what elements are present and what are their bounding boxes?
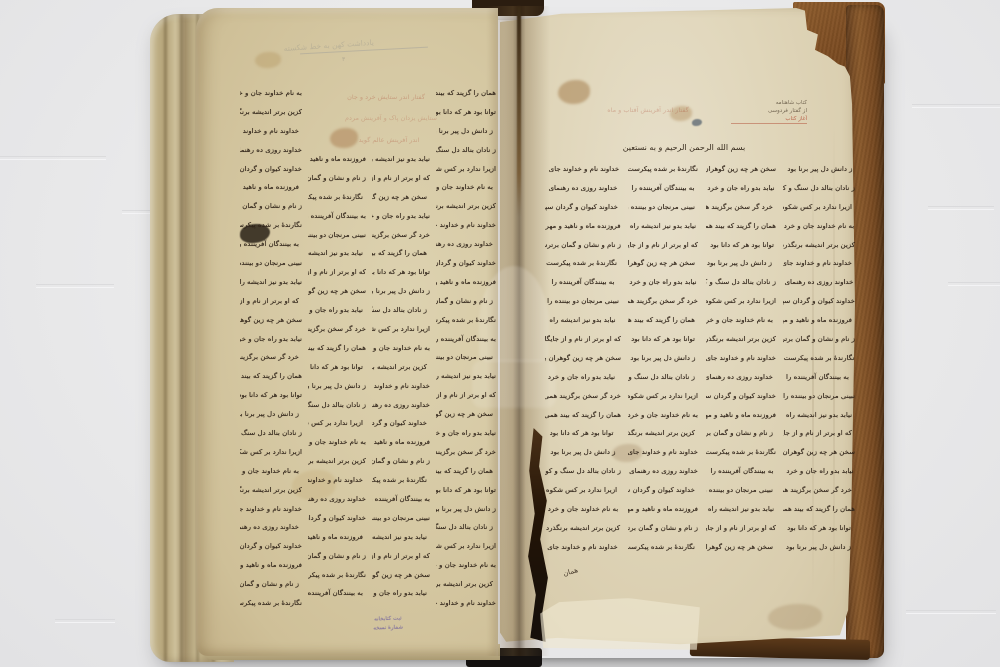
verse-line: توانا بود هر که دانا بود: [436, 481, 496, 499]
verse-line: که او برتر از نام و از جایگاه: [706, 519, 776, 537]
verse-line: نیابد بدو نیز اندیشه راه: [436, 368, 496, 386]
verse-line: ز نادان بنالد دل سنگ و کوه: [706, 274, 776, 292]
verse-line: نگارندهٔ بر شده پیکرست: [783, 349, 855, 367]
verse-line: توانا بود هر که دانا بود: [628, 331, 698, 349]
verse-line: سخن هر چه زین گوهران بگذرد: [372, 188, 430, 206]
verse-line: ز نادان بنالد دل سنگ و کوه: [783, 179, 855, 197]
verse-line: فروزنده ماه و ناهید و مهر: [308, 151, 366, 169]
verse-line: فروزنده ماه و ناهید و مهر: [240, 557, 302, 575]
foxing-stain: [768, 604, 822, 630]
verse-line: خداوند روزی ده رهنمای: [783, 274, 855, 292]
verse-line: نگارندهٔ بر شده پیکرست: [706, 444, 776, 462]
verse-line: همان را گزیند که بیند همی: [436, 85, 496, 103]
verse-line: نگارندهٔ بر شده پیکرست: [240, 595, 302, 613]
library-stamp: ثبت کتابخانه شمارهٔ نسخه: [360, 614, 417, 633]
verse-line: به بینندگان آفریننده را: [783, 368, 855, 386]
verse-line: ز نادان بنالد دل سنگ و کوه: [436, 519, 496, 537]
verse-line: نیابد بدو راه جان و خرد: [783, 463, 855, 481]
verse-line: سخن هر چه زین گوهران بگذرد: [436, 406, 496, 424]
verse-line: به بینندگان آفریننده را: [436, 330, 496, 348]
verse-line: ز دانش دل پیر برنا بود: [783, 161, 855, 179]
verse-line: خرد گر سخن برگزیند همی: [308, 321, 366, 339]
verse-line: به بینندگان آفریننده را: [240, 236, 302, 254]
verse-line: نیابد بدو نیز اندیشه راه: [372, 151, 430, 169]
verse-line: نیابد بدو راه جان و خرد: [628, 274, 698, 292]
verse-line: خداوند نام و خداوند جای: [545, 538, 621, 556]
verse-line: نیابد بدو راه جان و خرد: [545, 368, 621, 386]
verse-line: ز نام و نشان و گمان برترست: [308, 169, 366, 187]
verse-line: همان را گزیند که بیند همی: [706, 217, 776, 235]
verse-line: به بینندگان آفریننده را: [628, 179, 698, 197]
verse-line: ز دانش دل پیر برنا بود: [436, 122, 496, 140]
verse-line: که او برتر از نام و از جایگاه: [240, 292, 302, 310]
verse-line: سخن هر چه زین گوهران بگذرد: [240, 311, 302, 329]
verse-line: به نام خداوند جان و خرد: [706, 312, 776, 330]
verse-line: ز نادان بنالد دل سنگ و کوه: [545, 463, 621, 481]
verse-line: خداوند کیوان و گردان سپهر: [372, 415, 430, 433]
verse-line: کزین برتر اندیشه برنگذرد: [545, 519, 621, 537]
verse-line: به نام خداوند جان و خرد: [436, 557, 496, 575]
verse-line: کزین برتر اندیشه برنگذرد: [706, 331, 776, 349]
verse-line: نبینی مرنجان دو بیننده را: [240, 255, 302, 273]
verse-line: همان را گزیند که بیند همی: [240, 368, 302, 386]
verse-line: توانا بود هر که دانا بود: [240, 387, 302, 405]
verse-line: کزین برتر اندیشه برنگذرد: [783, 236, 855, 254]
verse-line: ز نام و نشان و گمان برترست: [706, 425, 776, 443]
verse-line: خداوند کیوان و گردان سپهر: [240, 538, 302, 556]
verse-line: فروزنده ماه و ناهید و مهر: [706, 406, 776, 424]
verse-line: به بینندگان آفریننده را: [545, 274, 621, 292]
verse-line: سخن هر چه زین گوهران بگذرد: [545, 349, 621, 367]
verse-line: خداوند کیوان و گردان سپهر: [308, 509, 366, 527]
verse-line: کزین برتر اندیشه برنگذرد: [628, 425, 698, 443]
verse-line: خداوند نام و خداوند جای: [436, 595, 496, 613]
verse-line: به نام خداوند جان و خرد: [783, 217, 855, 235]
verse-line: نیابد بدو نیز اندیشه راه: [240, 273, 302, 291]
verse-line: خداوند نام و خداوند جای: [240, 500, 302, 518]
verse-line: که او برتر از نام و از جایگاه: [436, 387, 496, 405]
verse-line: خداوند کیوان و گردان سپهر: [545, 198, 621, 216]
verse-line: نگارندهٔ بر شده پیکرست: [436, 311, 496, 329]
verse-line: خداوند روزی ده رهنمای: [372, 396, 430, 414]
verse-line: خداوند کیوان و گردان سپهر: [783, 293, 855, 311]
verse-line: توانا بود هر که دانا بود: [436, 103, 496, 121]
verse-line: ز دانش دل پیر برنا بود: [240, 406, 302, 424]
verse-line: خرد گر سخن برگزیند همی: [628, 293, 698, 311]
verse-line: نگارندهٔ بر شده پیکرست: [628, 161, 698, 179]
text-column: به نام خداوند جان و خردکزین برتر اندیشه …: [240, 84, 302, 613]
verse-line: نیابد بدو نیز اندیشه راه: [706, 501, 776, 519]
verse-line: همان را گزیند که بیند همی: [372, 245, 430, 263]
verse-line: ز دانش دل پیر برنا بود: [436, 500, 496, 518]
verse-line: به بینندگان آفریننده را: [308, 585, 366, 603]
verse-line: خداوند نام و خداوند جای: [436, 217, 496, 235]
verse-line: خداوند کیوان و گردان سپهر: [628, 482, 698, 500]
verse-line: خداوند نام و خداوند جای: [372, 377, 430, 395]
verse-line: نیابد بدو راه جان و خرد: [436, 425, 496, 443]
verse-line: نگارندهٔ بر شده پیکرست: [240, 217, 302, 235]
verse-line: ز نام و نشان و گمان برترست: [628, 519, 698, 537]
verse-line: نگارندهٔ بر شده پیکرست: [545, 255, 621, 273]
pencil-numeral: ۳: [342, 56, 345, 63]
verse-line: نگارندهٔ بر شده پیکرست: [308, 188, 366, 206]
verse-line: ز دانش دل پیر برنا بود: [783, 538, 855, 556]
verse-line: نیابد بدو نیز اندیشه راه: [783, 406, 855, 424]
verse-line: ز نادان بنالد دل سنگ و کوه: [372, 302, 430, 320]
verse-line: که او برتر از نام و از جایگاه: [372, 547, 430, 565]
page-edge-streak: [180, 14, 183, 662]
verse-line: نگارندهٔ بر شده پیکرست: [628, 538, 698, 556]
verse-line: همان را گزیند که بیند همی: [308, 339, 366, 357]
verse-line: نیابد بدو راه جان و خرد: [372, 585, 430, 603]
verse-line: کزین برتر اندیشه برنگذرد: [240, 103, 302, 121]
verse-line: نیابد بدو نیز اندیشه راه: [628, 217, 698, 235]
page-edge-streak: [164, 14, 167, 662]
verse-line: ازیرا ندارد بر کس شکوه: [436, 538, 496, 556]
verse-line: خرد گر سخن برگزیند همی: [706, 198, 776, 216]
verse-line: همان را گزیند که بیند همی: [436, 462, 496, 480]
verse-line: خداوند روزی ده رهنمای: [628, 463, 698, 481]
verse-line: نبینی مرنجان دو بیننده را: [783, 387, 855, 405]
text-column: نگارندهٔ بر شده پیکرستبه بینندگان آفرینن…: [628, 160, 698, 557]
verse-line: ز دانش دل پیر برنا بود: [308, 377, 366, 395]
verse-line: نبینی مرنجان دو بیننده را: [436, 349, 496, 367]
verse-line: خداوند روزی ده رهنمای: [706, 368, 776, 386]
verse-line: ز دانش دل پیر برنا بود: [372, 283, 430, 301]
verse-line: فروزنده ماه و ناهید و مهر: [783, 312, 855, 330]
verse-line: کزین برتر اندیشه برنگذرد: [372, 358, 430, 376]
verse-line: فروزنده ماه و ناهید و مهر: [628, 501, 698, 519]
verse-line: به نام خداوند جان و خرد: [240, 85, 302, 103]
verse-line: توانا بود هر که دانا بود: [545, 425, 621, 443]
verse-line: خداوند کیوان و گردان سپهر: [240, 160, 302, 178]
verse-line: توانا بود هر که دانا بود: [783, 519, 855, 537]
verse-line: نیابد بدو راه جان و خرد: [372, 207, 430, 225]
verse-line: نگارندهٔ بر شده پیکرست: [372, 472, 430, 490]
verse-line: خداوند نام و خداوند جای: [240, 122, 302, 140]
text-column: نیابد بدو نیز اندیشه راهکه او برتر از نا…: [372, 150, 430, 603]
verse-line: نبینی مرنجان دو بیننده را: [706, 482, 776, 500]
verse-line: سخن هر چه زین گوهران بگذرد: [308, 283, 366, 301]
verse-line: ز نادان بنالد دل سنگ و کوه: [628, 368, 698, 386]
verse-line: که او برتر از نام و از جایگاه: [783, 425, 855, 443]
verse-line: نبینی مرنجان دو بیننده را: [628, 198, 698, 216]
brown-stain: [558, 80, 590, 104]
text-column: همان را گزیند که بیند همیتوانا بود هر که…: [436, 84, 496, 613]
verse-line: توانا بود هر که دانا بود: [308, 358, 366, 376]
text-column: ز دانش دل پیر برنا بودز نادان بنالد دل س…: [783, 160, 855, 557]
verse-line: ز نام و نشان و گمان برترست: [240, 198, 302, 216]
verse-line: کزین برتر اندیشه برنگذرد: [308, 453, 366, 471]
text-column: سخن هر چه زین گوهران بگذردنیابد بدو راه …: [706, 160, 776, 557]
verse-line: توانا بود هر که دانا بود: [706, 236, 776, 254]
verse-line: ز نادان بنالد دل سنگ و کوه: [240, 425, 302, 443]
verse-line: خرد گر سخن برگزیند همی: [240, 349, 302, 367]
verse-line: نبینی مرنجان دو بیننده را: [545, 293, 621, 311]
gutter-crack: [517, 6, 521, 216]
verse-line: خرد گر سخن برگزیند همی: [545, 387, 621, 405]
margin-note: کتاب شاهنامه از گفتار فردوسی آغاز کتاب: [731, 99, 807, 124]
verse-line: ازیرا ندارد بر کس شکوه: [628, 387, 698, 405]
verse-line: توانا بود هر که دانا بود: [372, 264, 430, 282]
verse-line: خداوند نام و خداوند جای: [783, 255, 855, 273]
verse-line: خداوند روزی ده رهنمای: [240, 519, 302, 537]
verse-line: که او برتر از نام و از جایگاه: [628, 236, 698, 254]
verse-line: که او برتر از نام و از جایگاه: [545, 331, 621, 349]
verse-line: سخن هر چه زین گوهران بگذرد: [628, 255, 698, 273]
verse-line: خداوند کیوان و گردان سپهر: [436, 255, 496, 273]
verse-line: فروزنده ماه و ناهید و مهر: [308, 528, 366, 546]
verse-line: که او برتر از نام و از جایگاه: [308, 264, 366, 282]
verse-line: خرد گر سخن برگزیند همی: [436, 443, 496, 461]
verse-line: ز دانش دل پیر برنا بود: [545, 444, 621, 462]
verse-line: همان را گزیند که بیند همی: [545, 406, 621, 424]
verse-line: ز نام و نشان و گمان برترست: [308, 547, 366, 565]
verse-line: که او برتر از نام و از جایگاه: [372, 169, 430, 187]
verse-line: فروزنده ماه و ناهید و مهر: [372, 434, 430, 452]
verse-line: فروزنده ماه و ناهید و مهر: [545, 217, 621, 235]
verse-line: سخن هر چه زین گوهران بگذرد: [372, 566, 430, 584]
verse-line: ز نام و نشان و گمان برترست: [783, 331, 855, 349]
text-column: خداوند نام و خداوند جایخداوند روزی ده ره…: [545, 160, 621, 557]
verse-line: خرد گر سخن برگزیند همی: [372, 226, 430, 244]
verse-line: خداوند روزی ده رهنمای: [436, 236, 496, 254]
verse-line: ز نام و نشان و گمان برترست: [436, 292, 496, 310]
verse-line: ز نام و نشان و گمان برترست: [240, 576, 302, 594]
verse-line: ازیرا ندارد بر کس شکوه: [436, 160, 496, 178]
margin-note-line: از گفتار فردوسی: [731, 107, 807, 115]
verse-line: فروزنده ماه و ناهید و مهر: [436, 273, 496, 291]
verse-line: به نام خداوند جان و خرد: [372, 339, 430, 357]
verse-line: ز نام و نشان و گمان برترست: [372, 453, 430, 471]
basmala-header: بسم الله الرحمن الرحیم و به نستعین: [586, 143, 782, 152]
text-column: فروزنده ماه و ناهید و مهرز نام و نشان و …: [308, 150, 366, 603]
verse-line: نبینی مرنجان دو بیننده را: [308, 226, 366, 244]
verse-line: به نام خداوند جان و خرد: [240, 462, 302, 480]
verse-line: خداوند نام و خداوند جای: [628, 444, 698, 462]
verse-line: همان را گزیند که بیند همی: [783, 501, 855, 519]
verse-line: ز دانش دل پیر برنا بود: [628, 349, 698, 367]
verse-line: نبینی مرنجان دو بیننده را: [372, 509, 430, 527]
verse-line: نیابد بدو نیز اندیشه راه: [308, 245, 366, 263]
verse-line: ازیرا ندارد بر کس شکوه: [308, 415, 366, 433]
verse-line: به نام خداوند جان و خرد: [436, 179, 496, 197]
verse-line: سخن هر چه زین گوهران بگذرد: [706, 538, 776, 556]
repair-patch: [540, 598, 700, 650]
verse-line: ازیرا ندارد بر کس شکوه: [240, 443, 302, 461]
verse-line: به بینندگان آفریننده را: [308, 207, 366, 225]
margin-note-red-line: آغاز کتاب: [731, 115, 807, 124]
margin-note-line: کتاب شاهنامه: [731, 99, 807, 107]
verse-line: کزین برتر اندیشه برنگذرد: [240, 481, 302, 499]
verse-line: خداوند روزی ده رهنمای: [545, 179, 621, 197]
verse-line: خداوند روزی ده رهنمای: [240, 141, 302, 159]
verse-line: به بینندگان آفریننده را: [372, 491, 430, 509]
verse-line: نیابد بدو راه جان و خرد: [240, 330, 302, 348]
verse-line: به نام خداوند جان و خرد: [628, 406, 698, 424]
verse-line: سخن هر چه زین گوهران بگذرد: [706, 161, 776, 179]
verse-line: فروزنده ماه و ناهید و مهر: [240, 179, 302, 197]
verse-line: خداوند نام و خداوند جای: [308, 472, 366, 490]
verse-line: خداوند نام و خداوند جای: [545, 161, 621, 179]
verse-line: نیابد بدو نیز اندیشه راه: [372, 528, 430, 546]
verse-line: همان را گزیند که بیند همی: [628, 312, 698, 330]
verse-line: کزین برتر اندیشه برنگذرد: [436, 576, 496, 594]
verse-line: ز نادان بنالد دل سنگ و کوه: [308, 396, 366, 414]
verse-line: ز نادان بنالد دل سنگ و کوه: [436, 141, 496, 159]
verse-line: نیابد بدو راه جان و خرد: [706, 179, 776, 197]
verse-line: ازیرا ندارد بر کس شکوه: [706, 293, 776, 311]
red-rubric: گفتار اندر آفرینش آفتاب و ماه: [548, 106, 748, 114]
verse-line: خداوند کیوان و گردان سپهر: [706, 387, 776, 405]
verse-line: نیابد بدو نیز اندیشه راه: [545, 312, 621, 330]
verse-line: به نام خداوند جان و خرد: [308, 434, 366, 452]
verse-line: خداوند روزی ده رهنمای: [308, 491, 366, 509]
verse-line: ز نام و نشان و گمان برترست: [545, 236, 621, 254]
verse-line: خرد گر سخن برگزیند همی: [783, 482, 855, 500]
verse-line: نگارندهٔ بر شده پیکرست: [308, 566, 366, 584]
verse-line: ازیرا ندارد بر کس شکوه: [783, 198, 855, 216]
verse-line: سخن هر چه زین گوهران بگذرد: [783, 444, 855, 462]
manuscript-book: یادداشت کهن به خط شکسته ۳ گفتار اندر ستا…: [0, 0, 1000, 667]
verse-line: ازیرا ندارد بر کس شکوه: [545, 482, 621, 500]
verse-line: به نام خداوند جان و خرد: [545, 501, 621, 519]
verse-line: خداوند نام و خداوند جای: [706, 349, 776, 367]
verse-line: کزین برتر اندیشه برنگذرد: [436, 198, 496, 216]
photo-backdrop: یادداشت کهن به خط شکسته ۳ گفتار اندر ستا…: [0, 0, 1000, 667]
verse-line: ازیرا ندارد بر کس شکوه: [372, 321, 430, 339]
verse-line: به بینندگان آفریننده را: [706, 463, 776, 481]
verse-line: نیابد بدو راه جان و خرد: [308, 302, 366, 320]
verse-line: ز دانش دل پیر برنا بود: [706, 255, 776, 273]
